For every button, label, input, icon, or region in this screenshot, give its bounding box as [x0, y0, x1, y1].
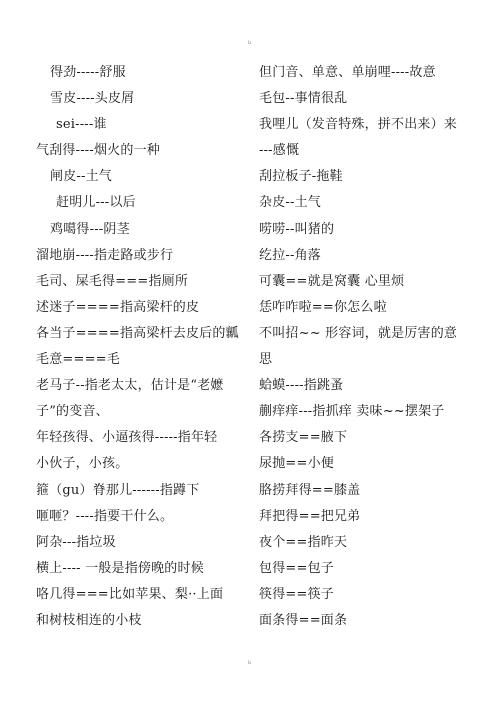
text-line: 和树枝相连的小枝 [36, 612, 250, 638]
text-line: 述迷子====指高梁杆的皮 [36, 299, 250, 325]
text-line: 赶明儿---以后 [36, 194, 250, 220]
text-line: 毛司、屎毛得===指厕所 [36, 273, 250, 299]
page-footer-marker: b [248, 660, 251, 666]
text-line: 纥拉--角落 [259, 247, 479, 273]
text-line: 蒯痒痒---指抓痒 卖味~~摆架子 [259, 403, 479, 429]
text-line: 气刮得----烟火的一种 [36, 142, 250, 168]
text-line: 思 [259, 351, 479, 377]
text-line: 筷得==筷子 [259, 586, 479, 612]
text-line: 各当子====指高梁杆去皮后的瓤 [36, 325, 250, 351]
text-line: 尿抛==小便 [259, 455, 479, 481]
text-line: 咯几得===比如苹果、梨··上面 [36, 586, 250, 612]
text-line: 年轻孩得、小逼孩得-----指年轻 [36, 429, 250, 455]
text-line: 闸皮--土气 [36, 168, 250, 194]
text-line: 雪皮----头皮屑 [36, 90, 250, 116]
text-line: 不叫招~~ 形容词，就是厉害的意 [259, 325, 479, 351]
text-line: 胳捞拜得==膝盖 [259, 482, 479, 508]
text-line: 杂皮--土气 [259, 194, 479, 220]
text-line: 唠唠--叫猪的 [259, 221, 479, 247]
text-line: 老马子--指老太太，估计是“老嬷 [36, 377, 250, 403]
text-line: 可囊==就是窝囊 心里烦 [259, 273, 479, 299]
text-line: 横上---- 一般是指傍晚的时候 [36, 560, 250, 586]
text-line: 溜地崩----指走路或步行 [36, 247, 250, 273]
text-line: 咂咂？----指要干什么。 [36, 508, 250, 534]
text-line: 拜把得==把兄弟 [259, 508, 479, 534]
text-line: 子”的变音、 [36, 403, 250, 429]
text-line: 得劲-----舒服 [36, 64, 250, 90]
page-header-marker: b [248, 40, 251, 46]
text-line: 毛意====毛 [36, 351, 250, 377]
text-line: 各捞支==腋下 [259, 429, 479, 455]
text-line: 阿杂---指垃圾 [36, 534, 250, 560]
text-line: 包得==包子 [259, 560, 479, 586]
text-line: 面条得==面条 [259, 612, 479, 638]
text-line: 箍（gu）脊那儿------指蹲下 [36, 482, 250, 508]
text-line: ---感慨 [259, 142, 479, 168]
text-line: 夜个==指昨天 [259, 534, 479, 560]
text-line: 鸡噶得---阴茎 [36, 221, 250, 247]
text-line: 刮拉板子-拖鞋 [259, 168, 479, 194]
text-line: 恁咋咋啦==你怎么啦 [259, 299, 479, 325]
left-column: 得劲-----舒服雪皮----头皮屑sei----谁气刮得----烟火的一种闸皮… [36, 64, 250, 638]
text-line: 我哩儿（发音特殊，拼不出来）来 [259, 116, 479, 142]
text-line: 小伙子，小孩。 [36, 455, 250, 481]
right-column: 但门音、单意、单崩哩----故意毛包--事情很乱我哩儿（发音特殊，拼不出来）来-… [259, 64, 479, 638]
text-line: 蛤蟆----指跳蚤 [259, 377, 479, 403]
text-line: sei----谁 [36, 116, 250, 142]
text-line: 但门音、单意、单崩哩----故意 [259, 64, 479, 90]
text-line: 毛包--事情很乱 [259, 90, 479, 116]
